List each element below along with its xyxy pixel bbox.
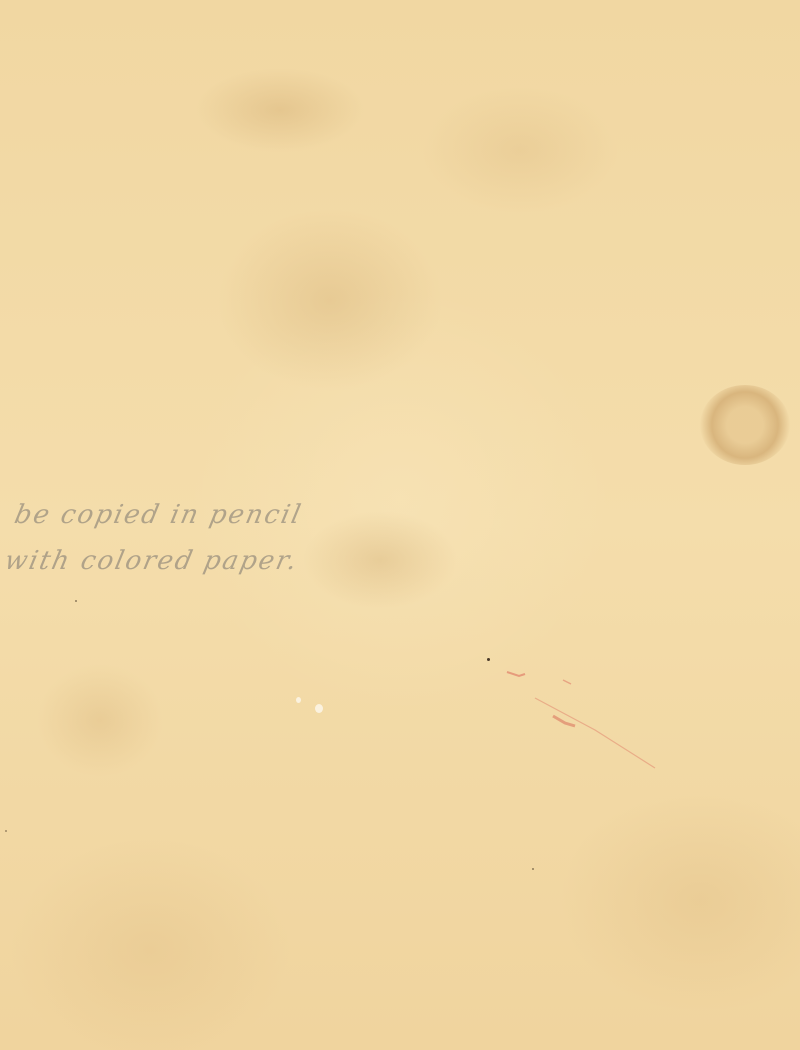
speck bbox=[532, 868, 534, 870]
red-pencil-mark bbox=[505, 668, 665, 778]
paper-page: be copied in pencil with colored paper. bbox=[0, 0, 800, 1050]
paper-flaw bbox=[296, 697, 301, 703]
speck bbox=[487, 658, 490, 661]
paper-flaw bbox=[315, 704, 323, 713]
speck bbox=[5, 830, 7, 832]
circular-stain bbox=[700, 385, 790, 465]
pencil-note: be copied in pencil with colored paper. bbox=[0, 492, 440, 584]
pencil-note-line-1: be copied in pencil bbox=[10, 492, 440, 538]
pencil-note-line-2: with colored paper. bbox=[0, 538, 430, 584]
speck bbox=[75, 600, 77, 602]
